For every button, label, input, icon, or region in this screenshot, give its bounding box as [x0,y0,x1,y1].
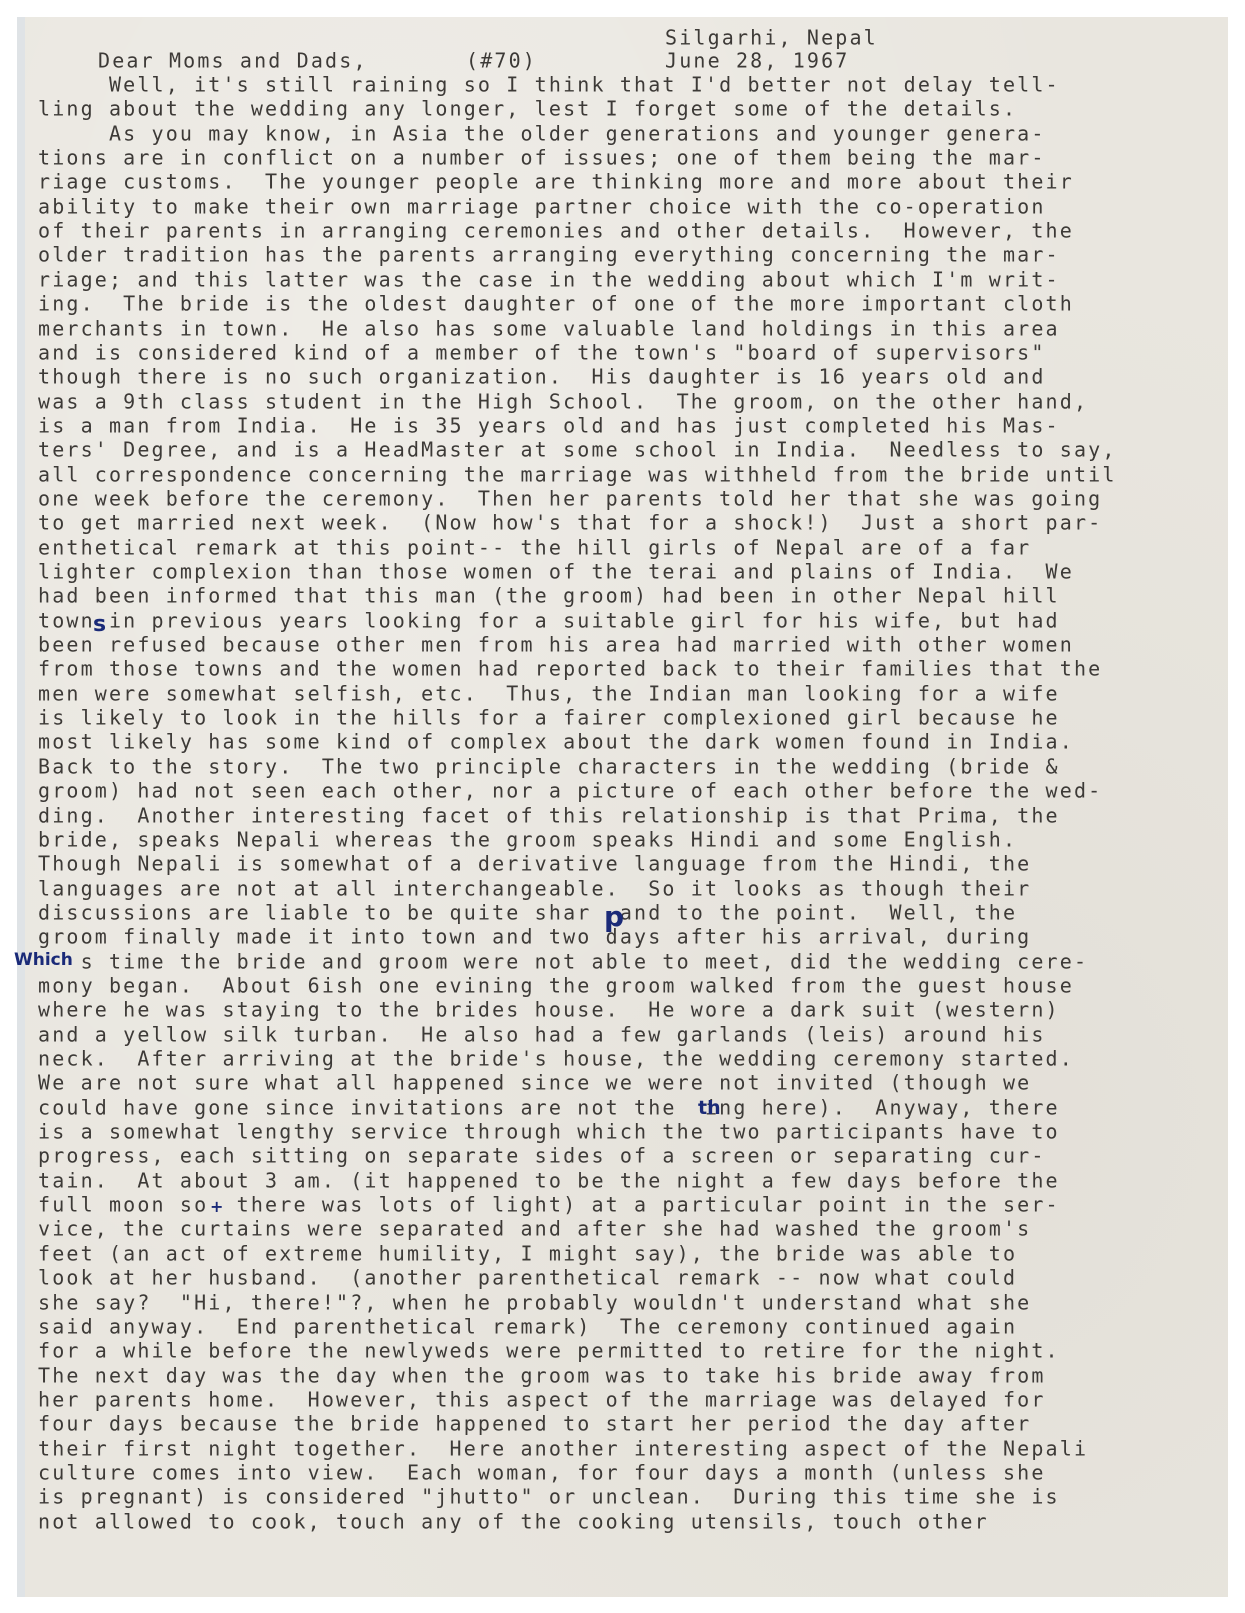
text-line: enthetical remark at this point-- the hi… [38,535,1031,559]
text-line: could have gone since invitations are no… [38,1095,1060,1119]
text-line: Though Nepali is somewhat of a derivativ… [38,851,1031,875]
text-line: to get married next week. (Now how's tha… [38,510,1102,534]
text-line: she say? "Hi, there!"?, when he probably… [38,1290,1031,1314]
text-line: groom) had not seen each other, nor a pi… [38,778,1102,802]
text-line: full moon so there was lots of light) at… [38,1192,1060,1216]
text-line: is a man from India. He is 35 years old … [38,413,1060,437]
text-line: riage customs. The younger people are th… [38,169,1074,193]
text-line: discussions are liable to be quite shar … [38,900,1017,924]
text-line: ling about the wedding any longer, lest … [38,96,1017,120]
text-line: had been informed that this man (the gro… [38,583,1060,607]
text-line: four days because the bride happened to … [38,1411,1031,1435]
page-edge [17,17,25,1597]
text-line: most likely has some kind of complex abo… [38,729,1074,753]
text-line: We are not sure what all happened since … [38,1070,1031,1094]
handwritten-s: s [93,612,106,637]
text-line: ing. The bride is the oldest daughter of… [38,291,1074,315]
handwritten-th: th [698,1097,721,1119]
text-line: Well, it's still raining so I think that… [38,72,1060,96]
text-line: her parents home. However, this aspect o… [38,1387,1046,1411]
letter-number: (#70) [466,48,537,72]
text-line: ters' Degree, and is a HeadMaster at som… [38,437,1117,461]
text-line: not allowed to cook, touch any of the co… [38,1509,989,1533]
text-line: said anyway. End parenthetical remark) T… [38,1314,1017,1338]
text-line: from those towns and the women had repor… [38,656,1102,680]
text-line: look at her husband. (another parentheti… [38,1265,1017,1289]
text-line: all correspondence concerning the marria… [38,462,1117,486]
text-line: languages are not at all interchangeable… [38,876,1031,900]
text-line: s time the bride and groom were not able… [38,949,1088,973]
text-line: tain. At about 3 am. (it happened to be … [38,1168,1060,1192]
text-line: town in previous years looking for a sui… [38,608,1060,632]
text-line: merchants in town. He also has some valu… [38,316,1060,340]
text-line: ability to make their own marriage partn… [38,194,1046,218]
text-line: The next day was the day when the groom … [38,1363,1046,1387]
text-line: is a somewhat lengthy service through wh… [38,1119,1060,1143]
text-line: one week before the ceremony. Then her p… [38,486,1102,510]
text-line: As you may know, in Asia the older gener… [38,121,1046,145]
text-line: where he was staying to the brides house… [38,997,1060,1021]
text-line: bride, speaks Nepali whereas the groom s… [38,827,1017,851]
text-line: though there is no such organization. Hi… [38,364,1046,388]
text-line: culture comes into view. Each woman, for… [38,1460,1046,1484]
text-line: riage; and this latter was the case in t… [38,267,1060,291]
letter-date: June 28, 1967 [665,48,849,72]
text-line: ding. Another interesting facet of this … [38,803,1060,827]
letter-salutation: Dear Moms and Dads, [98,48,368,72]
text-line: older tradition has the parents arrangin… [38,242,1060,266]
text-line: is pregnant) is considered "jhutto" or u… [38,1484,1060,1508]
text-line: progress, each sitting on separate sides… [38,1143,1046,1167]
text-line: and is considered kind of a member of th… [38,340,1046,364]
text-line: mony began. About 6ish one evining the g… [38,973,1074,997]
text-line: their first night together. Here another… [38,1436,1088,1460]
text-line: tions are in conflict on a number of iss… [38,145,1046,169]
handwritten-which: Which [14,950,73,970]
text-line: groom finally made it into town and two … [38,924,1031,948]
text-line: is likely to look in the hills for a fai… [38,705,1060,729]
text-line: men were somewhat selfish, etc. Thus, th… [38,681,1060,705]
handwritten-mark: + [210,1197,223,1216]
text-line: and a yellow silk turban. He also had a … [38,1022,1046,1046]
text-line: neck. After arriving at the bride's hous… [38,1046,1074,1070]
text-line: lighter complexion than those women of t… [38,559,1074,583]
text-line: of their parents in arranging ceremonies… [38,218,1074,242]
text-line: for a while before the newlyweds were pe… [38,1338,1060,1362]
text-line: vice, the curtains were separated and af… [38,1216,1031,1240]
text-line: Back to the story. The two principle cha… [38,754,1060,778]
text-line: feet (an act of extreme humility, I migh… [38,1241,1017,1265]
text-line: was a 9th class student in the High Scho… [38,389,1088,413]
letter-place: Silgarhi, Nepal [665,25,878,49]
text-line: been refused because other men from his … [38,632,1074,656]
handwritten-p: p [604,900,624,933]
